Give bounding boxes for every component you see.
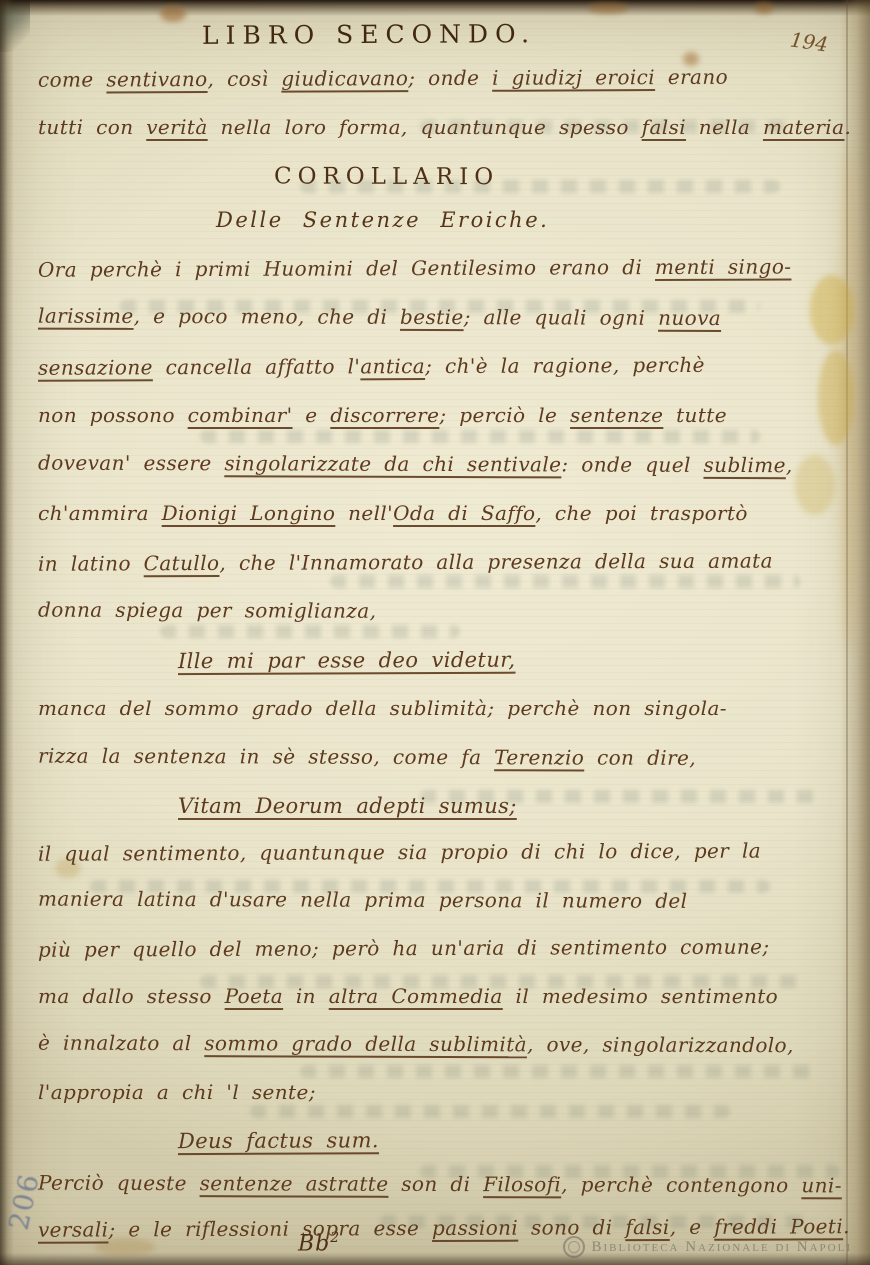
text-segment: , che poi trasportò [535, 501, 747, 525]
text-segment: il medesimo sentimento [503, 984, 778, 1008]
manuscript-line: Perciò queste sentenze astratte son di F… [38, 1171, 838, 1218]
manuscript-line: tutti con verità nella loro forma, quant… [38, 115, 838, 164]
library-watermark: Biblioteca Nazionale di Napoli [563, 1236, 852, 1258]
text-segment: , che l'Innamorato alla presenza della s… [219, 549, 773, 575]
text-segment: nell' [335, 501, 393, 525]
underlined-text: sensazione [38, 355, 153, 380]
text-segment: più per quello del meno; però ha un'aria… [38, 935, 770, 962]
manuscript-line: larissime, e poco meno, che di bestie; a… [38, 304, 838, 356]
text-segment: in latino [38, 551, 144, 575]
manuscript-line: è innalzato al sommo grado della sublimi… [38, 1031, 838, 1082]
manuscript-line: non possono combinar' e discorrere; perc… [38, 403, 838, 452]
underlined-text: falsi [642, 115, 686, 139]
text-segment: è innalzato al [38, 1031, 204, 1056]
underlined-text: Filosofi [483, 1172, 561, 1196]
underlined-text: Oda di Saffo [393, 501, 535, 525]
underlined-text: antica [360, 354, 425, 378]
text-segment: ma dallo stesso [38, 984, 225, 1008]
text-segment: ch'ammira [38, 501, 162, 525]
manuscript-line: rizza la sentenza in sè stesso, come fa … [38, 744, 838, 796]
manuscript-line: ch'ammira Dionigi Longino nell'Oda di Sa… [38, 501, 838, 550]
library-watermark-label: Biblioteca Nazionale di Napoli [591, 1239, 852, 1256]
manuscript-line: più per quello del meno; però ha un'aria… [38, 934, 838, 985]
underlined-text: sublime [703, 453, 785, 477]
text-segment: manca del sommo grado della sublimità; p… [38, 696, 727, 720]
page-edge-left [0, 0, 14, 1265]
underlined-text: discorrere [330, 403, 439, 427]
text-segment: con dire, [584, 746, 696, 770]
text-segment: . [843, 1214, 850, 1238]
text-segment: tutti con [38, 115, 146, 139]
underlined-text: nuova [658, 306, 721, 330]
text-segment: maniera latina d'usare nella prima perso… [38, 887, 688, 913]
folio-page-number: 194 [788, 27, 829, 56]
underlined-text: giudicavano [281, 66, 408, 91]
underlined-text: passioni [432, 1216, 518, 1240]
text-segment: ; onde [408, 66, 492, 90]
text-segment: Perciò queste [38, 1171, 200, 1196]
text-segment: l'appropia a chi 'l sente; [38, 1080, 316, 1104]
signature-superscript: 2 [330, 1230, 340, 1246]
underlined-text: Poeta [225, 984, 283, 1008]
text-segment: Ora perchè i primi Huomini del Gentilesi… [38, 255, 655, 282]
text-segment: , così [207, 67, 281, 91]
manuscript-line: manca del sommo grado della sublimità; p… [38, 696, 838, 745]
text-segment: non possono [38, 403, 188, 427]
text-segment: , [786, 453, 793, 477]
underlined-text: sentivano [106, 67, 207, 91]
manuscript-line: il qual sentimento, quantunque sia propi… [38, 838, 838, 889]
text-segment: nella [686, 115, 763, 139]
text-segment: . [844, 115, 851, 139]
underlined-text: bestie [400, 305, 464, 329]
underlined-text: sentenze [570, 403, 663, 427]
underlined-text: verità [146, 115, 207, 139]
text-segment: ; perciò le [439, 403, 570, 427]
manuscript-line: l'appropia a chi 'l sente; [38, 1080, 838, 1128]
book-title: LIBRO SECONDO. [202, 19, 536, 50]
text-segment: tutte [663, 403, 727, 427]
text-segment: ; alle quali ogni [464, 305, 659, 330]
manuscript-line: in latino Catullo, che l'Innamorato alla… [38, 548, 838, 600]
quote-line: Vitam Deorum adepti sumus; [38, 794, 838, 840]
underlined-text: sommo grado della sublimità [204, 1031, 527, 1056]
underlined-text: singolarizzate da chi sentivale [224, 451, 561, 476]
text-segment: Delle Sentenze Eroiche. [216, 208, 549, 232]
manuscript-line: ma dallo stesso Poeta in altra Commedia … [38, 984, 838, 1032]
manuscript-line: sensazione cancella affatto l'antica; ch… [38, 352, 838, 404]
manuscript-line: maniera latina d'usare nella prima perso… [38, 887, 838, 938]
text-segment: : onde quel [561, 452, 703, 476]
quire-signature-mark: Bb2 [298, 1230, 340, 1256]
text-segment: in [283, 984, 329, 1008]
text-segment: , perchè contengono [561, 1172, 801, 1197]
underlined-text: i giudizj eroici [492, 65, 655, 90]
text-segment: ; e le riflessioni sopra esse [108, 1216, 432, 1241]
manuscript-line: dovevan' essere singolarizzate da chi se… [38, 451, 838, 503]
underlined-text: combinar' [188, 403, 293, 427]
text-segment: , ove, singolarizzandolo, [527, 1032, 794, 1057]
underlined-text: versali [38, 1217, 109, 1241]
page-edge-right [840, 0, 870, 1265]
text-segment: il qual sentimento, quantunque sia propi… [38, 839, 761, 866]
underlined-text: Terenzio [494, 745, 584, 769]
underlined-text: Deus factus sum. [178, 1128, 379, 1153]
manuscript-text-block: come sentivano, così giudicavano; onde i… [38, 66, 838, 1264]
underlined-text: larissime [38, 304, 134, 328]
page-edge-top [0, 0, 870, 16]
underlined-text: Dionigi Longino [162, 501, 336, 525]
manuscript-line: donna spiega per somiglianza, [38, 598, 838, 650]
underlined-text: Ille mi par esse deo videtur, [178, 648, 516, 673]
underlined-text: Catullo [144, 551, 220, 575]
text-segment: e [293, 403, 331, 427]
bnn-logo-icon [563, 1236, 585, 1258]
manuscript-page-scan: LIBRO SECONDO. 194 come sentivano, così … [0, 0, 870, 1265]
text-segment: cancella affatto l' [153, 354, 361, 379]
text-segment: , e poco meno, che di [134, 304, 401, 329]
manuscript-line: Ora perchè i primi Huomini del Gentilesi… [38, 254, 838, 306]
underlined-text: altra Commedia [329, 984, 503, 1008]
text-segment: nella loro forma, quantunque spesso [208, 115, 642, 139]
underlined-text: sentenze astratte [200, 1171, 389, 1196]
text-segment: ; ch'è la ragione, perchè [425, 353, 705, 378]
text-segment: erano [655, 65, 728, 89]
text-segment: son di [388, 1172, 483, 1196]
underlined-text: menti singo- [655, 254, 792, 279]
text-segment: COROLLARIO [274, 163, 499, 190]
quote-line: Deus factus sum. [38, 1126, 838, 1173]
text-segment: rizza la sentenza in sè stesso, come fa [38, 744, 494, 770]
manuscript-line: come sentivano, così giudicavano; onde i… [38, 64, 838, 116]
section-subheading: Delle Sentenze Eroiche. [38, 208, 838, 256]
signature-base: Bb [298, 1231, 330, 1256]
text-segment: donna spiega per somiglianza, [38, 598, 376, 623]
text-segment: come [38, 67, 107, 91]
section-heading: COROLLARIO [38, 163, 838, 210]
page-crease [846, 0, 848, 1265]
text-segment: dovevan' essere [38, 451, 224, 476]
quote-line: Ille mi par esse deo videtur, [38, 646, 838, 697]
underlined-text: Vitam Deorum adepti sumus; [178, 794, 517, 818]
underlined-text: materia [763, 115, 844, 139]
underlined-text: uni- [801, 1173, 842, 1197]
